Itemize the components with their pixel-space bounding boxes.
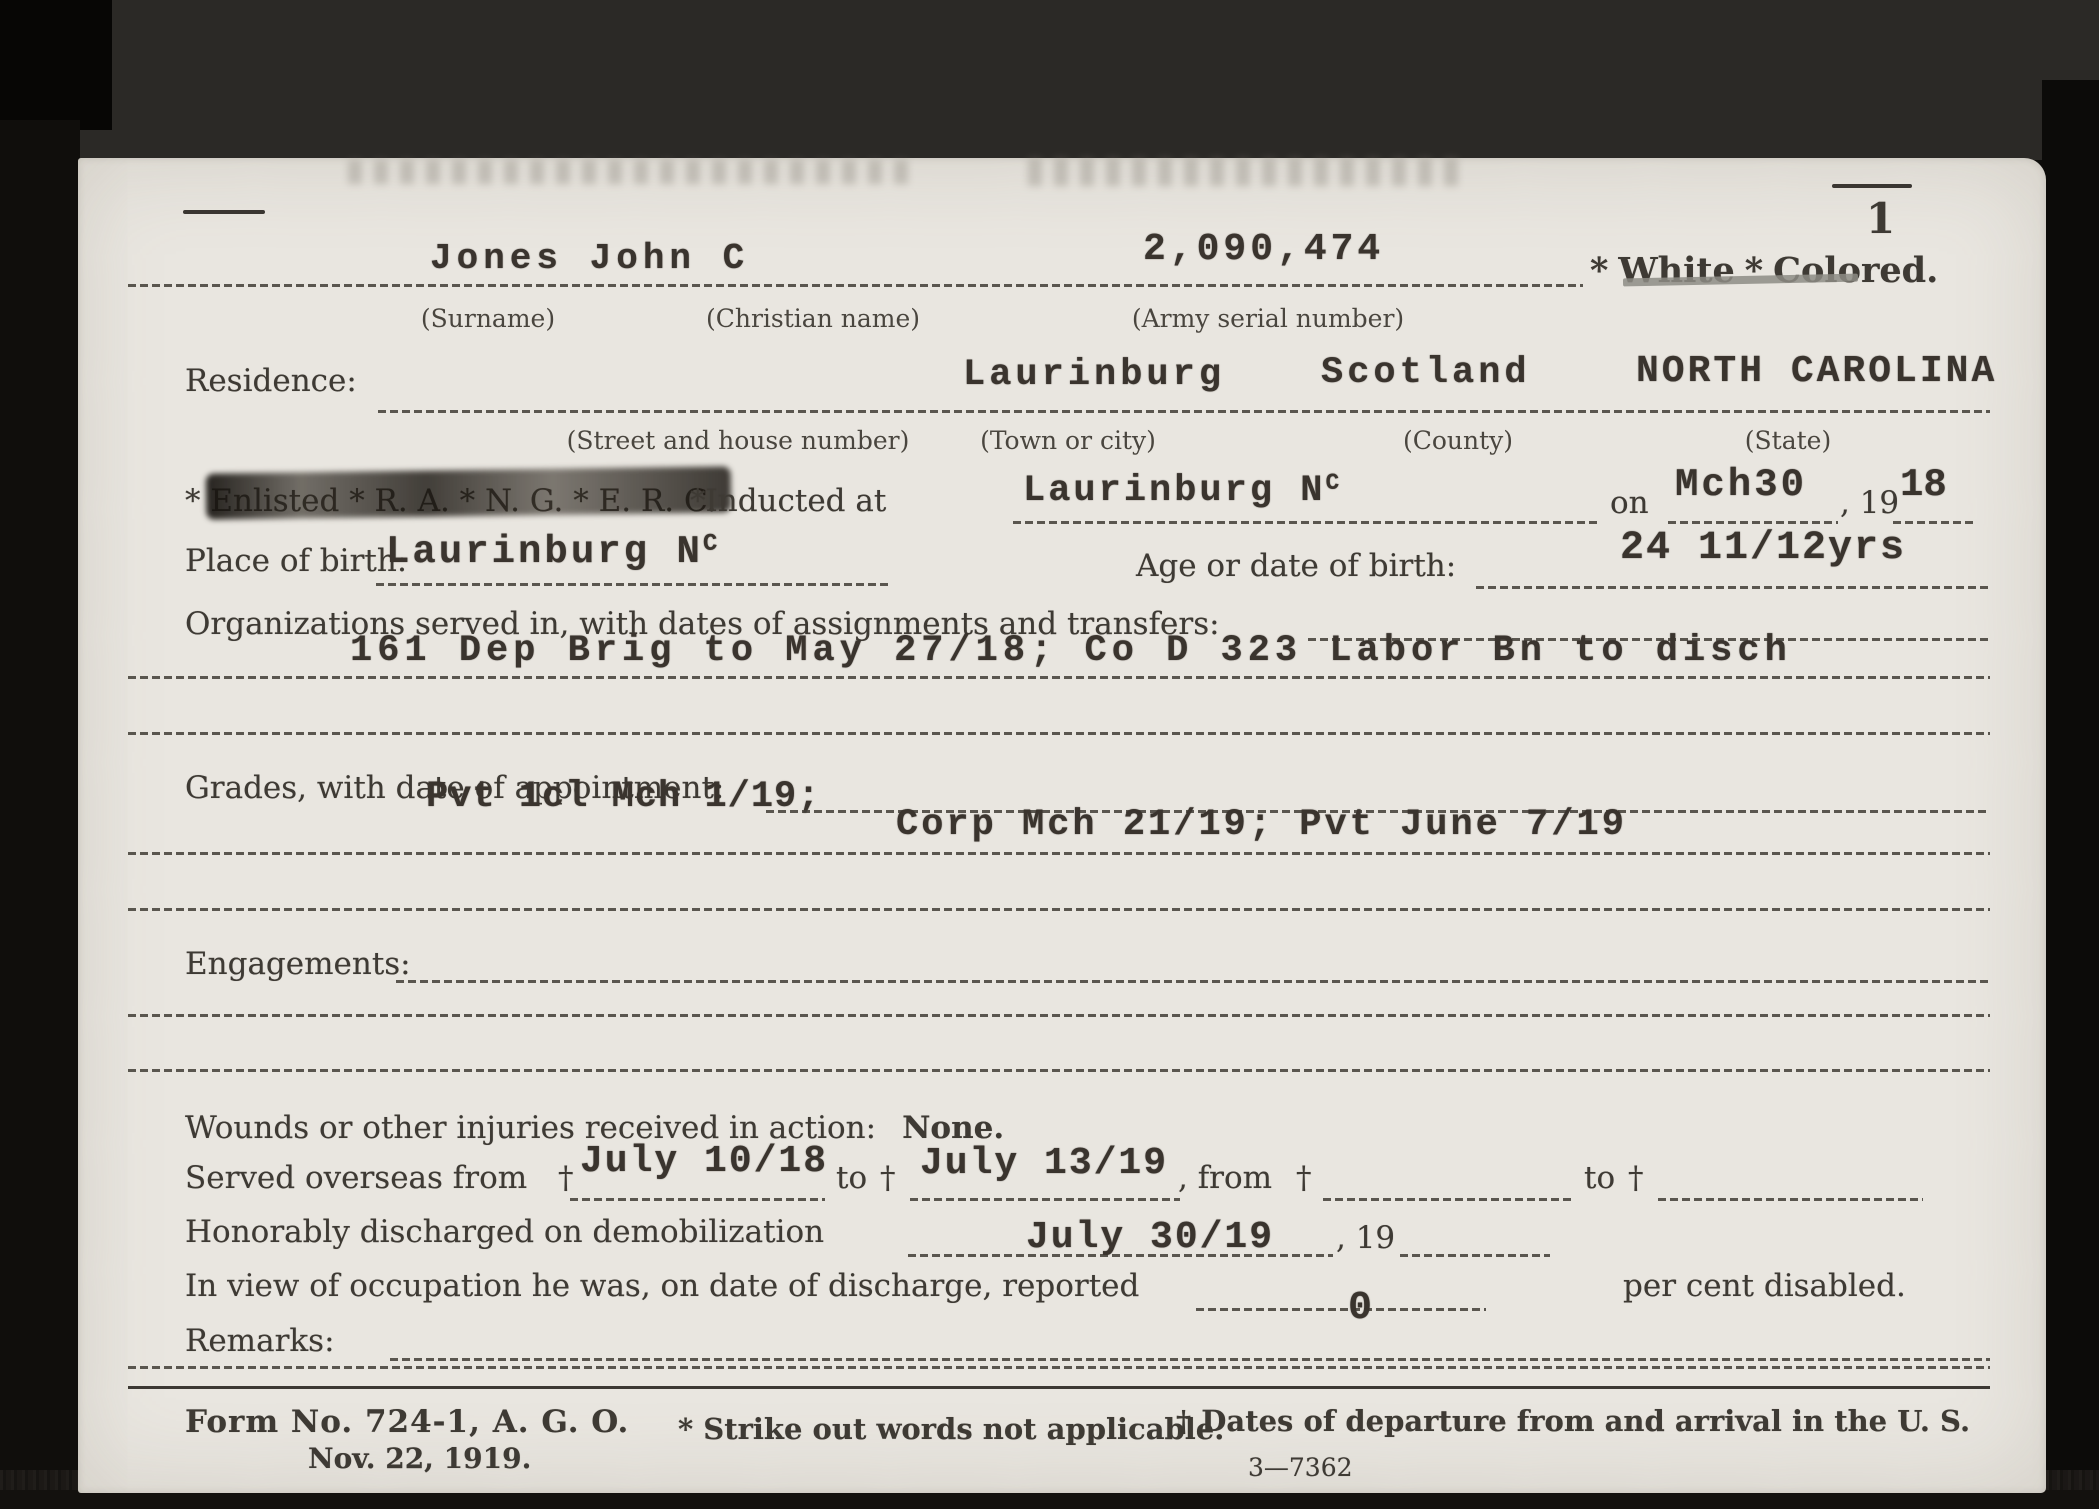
top-right-dash <box>1832 184 1912 188</box>
discharge-year-printed: , 19 <box>1336 1220 1395 1256</box>
discharge-label: Honorably discharged on demobilization <box>185 1214 824 1250</box>
disability-value: 0 <box>1348 1286 1372 1331</box>
residence-state-value: NORTH CAROLINA <box>1636 350 1997 393</box>
induction-year-value: 18 <box>1900 463 1947 507</box>
induction-date-rule <box>1668 521 1838 524</box>
overseas-from-value: July 10/18 <box>580 1140 828 1183</box>
ghost-stamp-left <box>348 160 908 184</box>
grades-value-line1: Pvt 1cl Mch 1/19; <box>426 776 820 818</box>
birth-place-value: Laurinburg NC <box>386 530 720 574</box>
grades-rule <box>128 852 1990 855</box>
print-code: 3—7362 <box>1248 1453 1353 1482</box>
town-label: (Town or city) <box>933 426 1203 455</box>
organizations-rule <box>128 676 1990 679</box>
race-colored-label: Colored. <box>1773 250 1938 291</box>
form-date: Nov. 22, 1919. <box>308 1442 531 1475</box>
overseas-from-rule <box>570 1198 825 1201</box>
inducted-place-rule <box>1013 521 1598 524</box>
wounds-value: None. <box>902 1110 1004 1146</box>
residence-rule <box>378 410 1990 413</box>
overseas-label: Served overseas from <box>185 1160 527 1196</box>
county-label: (County) <box>1348 426 1568 455</box>
blank-rule-4 <box>128 1069 1990 1072</box>
name-rule <box>128 284 1583 287</box>
discharge-year-rule <box>1400 1254 1550 1257</box>
scanned-service-card: 1 Jones John C 2,090,474 * White * Color… <box>0 0 2099 1509</box>
grades-value-line2: Corp Mch 21/19; Pvt June 7/19 <box>896 804 1627 846</box>
serial-value: 2,090,474 <box>1143 228 1384 271</box>
dagger-icon: † <box>1628 1160 1644 1196</box>
footer-dashed-rule <box>128 1366 1990 1369</box>
dagger-icon: † <box>1296 1160 1312 1196</box>
residence-town-value: Laurinburg <box>963 354 1225 396</box>
surname-label: (Surname) <box>373 304 603 333</box>
induction-date-value: Mch30 <box>1675 463 1807 507</box>
engagements-label: Engagements: <box>185 946 411 982</box>
dagger-icon: † <box>880 1160 896 1196</box>
strike-note: * Strike out words not applicable. <box>678 1412 1224 1446</box>
birth-place-text: Laurinburg N <box>386 530 703 574</box>
remarks-rule <box>390 1358 1990 1361</box>
overseas-from2-label: , from <box>1178 1160 1272 1196</box>
dagger-icon: † <box>558 1160 574 1196</box>
inducted-place-value: Laurinburg NC <box>1023 470 1342 512</box>
disability-rule <box>1196 1308 1486 1311</box>
blank-rule-1 <box>128 732 1990 735</box>
state-label: (State) <box>1703 426 1873 455</box>
overseas-to-value: July 13/19 <box>920 1142 1168 1185</box>
blank-rule-2 <box>128 908 1990 911</box>
page-number: 1 <box>1866 194 1895 243</box>
discharge-date-value: July 30/19 <box>1026 1216 1274 1259</box>
birth-place-superscript: C <box>703 531 721 558</box>
form-number: Form No. 724-1, A. G. O. <box>185 1404 629 1440</box>
induction-year-rule <box>1893 521 1973 524</box>
dagger-note: † Dates of departure from and arrival in… <box>1176 1404 1970 1438</box>
scan-background-top <box>0 0 2099 160</box>
street-label: (Street and house number) <box>518 426 958 455</box>
enlisted-options-smudge <box>206 466 732 519</box>
engagements-rule <box>396 980 1990 983</box>
christian-name-label: (Christian name) <box>663 304 963 333</box>
top-left-dash <box>183 210 265 214</box>
age-value: 24 11/12yrs <box>1620 526 1906 571</box>
scan-background-left <box>0 120 80 1509</box>
scan-background-corner <box>0 0 112 130</box>
birth-place-label: Place of birth: <box>185 543 407 579</box>
organizations-value: 161 Dep Brig to May 27/18; Co D 323 Labo… <box>350 630 1792 672</box>
ghost-stamp-right <box>1028 158 1458 186</box>
on-label: on <box>1610 485 1649 521</box>
service-record-card: 1 Jones John C 2,090,474 * White * Color… <box>78 158 2046 1493</box>
scan-background-right <box>2042 80 2099 1509</box>
blank-rule-3 <box>128 1014 1990 1017</box>
disability-label: In view of occupation he was, on date of… <box>185 1268 1139 1304</box>
inducted-at-label: *Inducted at <box>690 483 886 519</box>
inducted-place-superscript: C <box>1325 470 1342 496</box>
inducted-place-text: Laurinburg N <box>1023 470 1325 512</box>
race-star-colored: * <box>1745 250 1763 291</box>
age-label: Age or date of birth: <box>1136 548 1456 584</box>
age-rule <box>1476 586 1990 589</box>
residence-label: Residence: <box>185 363 357 399</box>
overseas-to2-label: to <box>1584 1160 1615 1196</box>
overseas-to-rule <box>910 1198 1180 1201</box>
disability-suffix-label: per cent disabled. <box>1623 1268 1906 1304</box>
footer-solid-rule <box>128 1386 1990 1389</box>
year-printed-label: , 19 <box>1840 485 1899 521</box>
birth-place-rule <box>376 583 891 586</box>
race-star-white: * <box>1590 250 1608 291</box>
overseas-to2-rule <box>1658 1198 1923 1201</box>
name-value: Jones John C <box>430 238 749 279</box>
remarks-label: Remarks: <box>185 1323 335 1359</box>
army-serial-label: (Army serial number) <box>1098 304 1438 333</box>
overseas-to-label: to <box>836 1160 867 1196</box>
residence-county-value: Scotland <box>1321 352 1531 394</box>
overseas-from2-rule <box>1323 1198 1573 1201</box>
